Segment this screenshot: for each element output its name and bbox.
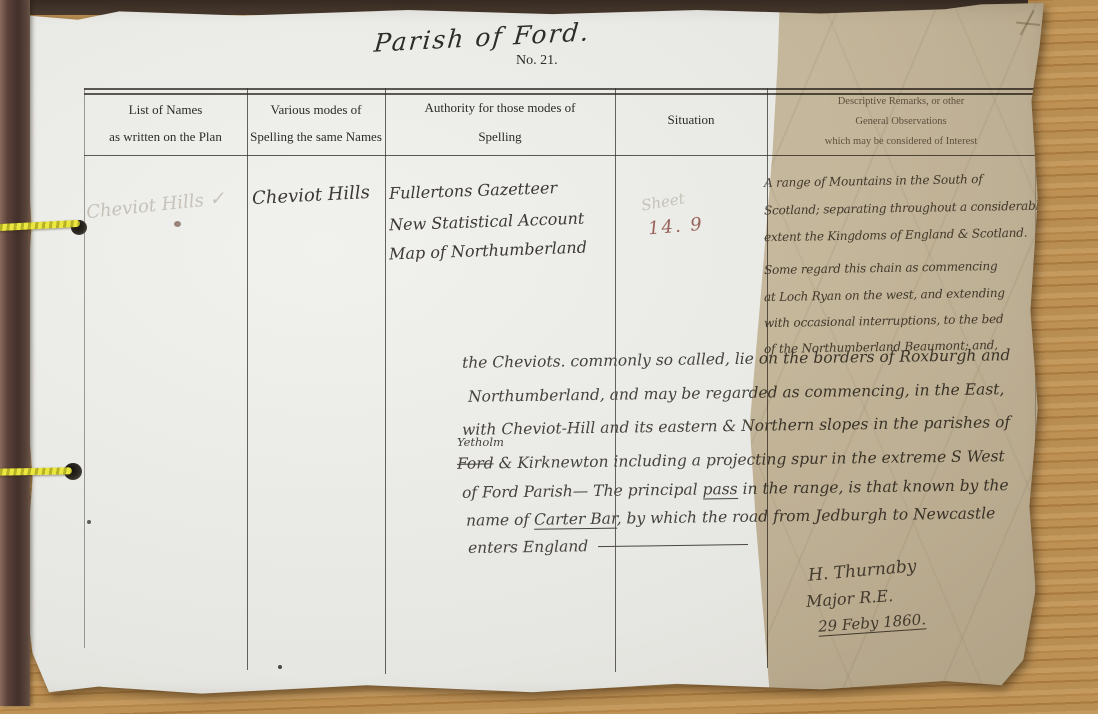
continuation-l7: enters England bbox=[468, 535, 748, 557]
continuation-l6-post: , by which the road from Jedburgh to New… bbox=[617, 504, 996, 527]
header-remarks-line2: General Observations bbox=[767, 116, 1035, 127]
spelling-entry: Cheviot Hills bbox=[252, 182, 371, 209]
table-top-rule-1 bbox=[84, 88, 1036, 90]
table-border-right bbox=[1035, 88, 1036, 628]
header-spelling-line1: Various modes of bbox=[247, 102, 385, 118]
corner-pencil-mark bbox=[1013, 6, 1045, 41]
table-header-rule bbox=[84, 155, 1036, 156]
header-situation: Situation bbox=[615, 112, 767, 128]
situation-reference: 14. 9 bbox=[647, 214, 704, 240]
column-rule-3 bbox=[615, 88, 616, 672]
continuation-l1: the Cheviots. commonly so called, lie on… bbox=[462, 346, 1011, 372]
book-spine bbox=[0, 0, 30, 706]
remarks-p1-l3: extent the Kingdoms of England & Scotlan… bbox=[764, 226, 1027, 245]
continuation-l3: with Cheviot-Hill and its eastern & Nort… bbox=[462, 413, 1010, 439]
binding-cord-bottom bbox=[0, 467, 72, 475]
table-border-left bbox=[84, 88, 85, 648]
header-names-line1: List of Names bbox=[84, 102, 247, 118]
page-title: Parish of Ford. bbox=[373, 17, 592, 58]
continuation-insertion: Yetholm bbox=[457, 435, 504, 449]
header-authority-line2: Spelling bbox=[385, 129, 615, 145]
continuation-l6-pre: name of bbox=[466, 511, 534, 530]
remarks-p2-l1: Some regard this chain as commencing bbox=[764, 259, 998, 277]
continuation-l2: Northumberland, and may be regarded as c… bbox=[468, 380, 1005, 405]
underlined-carter-bar: Carter Bar bbox=[534, 510, 617, 530]
closing-stroke bbox=[598, 544, 748, 547]
signature-name: H. Thurnaby bbox=[807, 556, 917, 585]
dirt-speck bbox=[278, 665, 282, 669]
header-remarks-line1: Descriptive Remarks, or other bbox=[767, 96, 1035, 107]
remarks-p2-l3: with occasional interruptions, to the be… bbox=[764, 312, 1004, 330]
continuation-l4: Ford & Kirknewton including a projecting… bbox=[457, 447, 1005, 473]
column-rule-2 bbox=[385, 88, 386, 674]
signature-date: 29 Feby 1860. bbox=[817, 610, 926, 636]
continuation-l7-text: enters England bbox=[468, 537, 588, 557]
header-names-line2: as written on the Plan bbox=[84, 129, 247, 145]
authority-entry-3: Map of Northumberland bbox=[389, 238, 587, 264]
page-paper: Parish of Ford. No. 21. List of Names as… bbox=[16, 3, 1048, 702]
header-spelling-line2: Spelling the same Names bbox=[247, 129, 385, 145]
document-scan: Parish of Ford. No. 21. List of Names as… bbox=[0, 0, 1098, 714]
plan-name-pencil: Cheviot Hills ✓ bbox=[85, 188, 225, 223]
continuation-l5-post: in the range, is that known by the bbox=[738, 476, 1009, 498]
underlined-word-pass: pass bbox=[702, 480, 737, 499]
remarks-p2-l2: at Loch Ryan on the west, and extending bbox=[764, 286, 1005, 304]
table-top-rule-2 bbox=[84, 93, 1036, 95]
continuation-l4-rest: & Kirknewton including a projecting spur… bbox=[493, 447, 1004, 472]
pin-hole-speck bbox=[87, 520, 91, 524]
continuation-l5-pre: of Ford Parish— The principal bbox=[462, 480, 703, 501]
remarks-p1-l1: A range of Mountains in the South of bbox=[764, 172, 983, 190]
authority-entry-1: Fullertons Gazetteer bbox=[389, 178, 558, 203]
name-book-page: Parish of Ford. No. 21. List of Names as… bbox=[16, 3, 1048, 702]
authority-entry-2: New Statistical Account bbox=[389, 209, 585, 235]
remarks-p1-l2: Scotland; separating throughout a consid… bbox=[764, 199, 1046, 218]
situation-pencil: Sheet bbox=[640, 189, 686, 214]
struck-word: Ford bbox=[457, 454, 494, 473]
continuation-l5: of Ford Parish— The principal pass in th… bbox=[462, 476, 1009, 502]
ink-blot bbox=[174, 221, 181, 227]
page-number: No. 21. bbox=[516, 53, 558, 69]
header-remarks-line3: which may be considered of Interest bbox=[767, 136, 1035, 147]
column-rule-1 bbox=[247, 88, 248, 670]
continuation-l6: name of Carter Bar, by which the road fr… bbox=[466, 504, 996, 529]
signature-rank: Major R.E. bbox=[805, 586, 893, 611]
header-authority-line1: Authority for those modes of bbox=[385, 100, 615, 116]
